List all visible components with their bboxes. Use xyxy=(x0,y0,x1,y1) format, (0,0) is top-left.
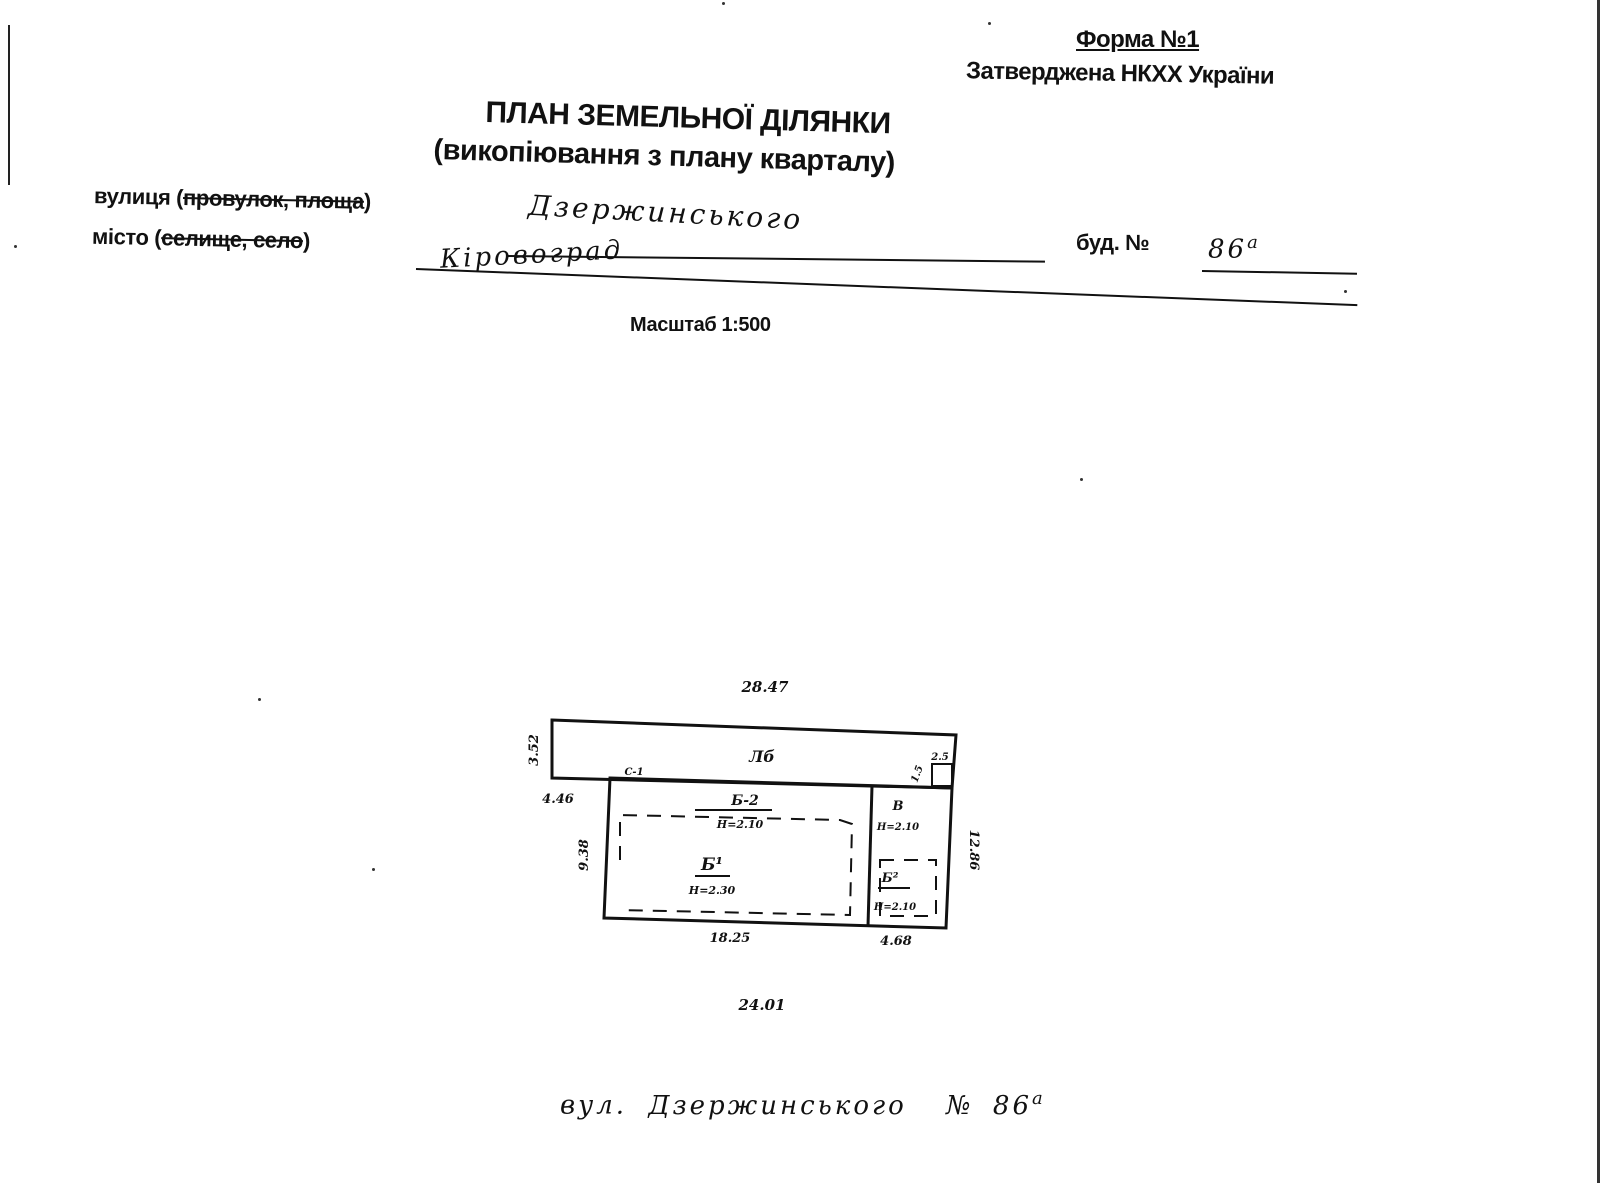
building-value: 86а xyxy=(1208,232,1261,265)
scan-speck xyxy=(722,2,725,5)
svg-text:H=2.30: H=2.30 xyxy=(688,884,736,897)
street-value: Дзержинського xyxy=(527,189,804,236)
svg-text:24.01: 24.01 xyxy=(738,996,786,1014)
form-number: Форма №1 xyxy=(1076,26,1199,54)
scan-speck xyxy=(988,22,991,25)
svg-text:4.68: 4.68 xyxy=(880,934,912,949)
street-label: вулиця (провулок, площа) xyxy=(94,183,371,215)
city-value: Кіровоград xyxy=(439,235,624,275)
footer-caption: вул. Дзержинського № 86а xyxy=(560,1088,1046,1121)
svg-text:1.5: 1.5 xyxy=(910,764,926,784)
svg-text:Б-2: Б-2 xyxy=(730,793,759,809)
svg-text:H=2.10: H=2.10 xyxy=(876,822,919,833)
scan-speck xyxy=(372,868,375,871)
scan-speck xyxy=(1344,290,1347,293)
city-label: місто (селище, село) xyxy=(92,224,310,255)
svg-text:3.52: 3.52 xyxy=(527,734,542,766)
svg-text:4.46: 4.46 xyxy=(542,792,574,807)
scan-border-left xyxy=(0,25,10,185)
svg-text:С-1: С-1 xyxy=(624,767,643,778)
svg-text:H=2.10: H=2.10 xyxy=(873,902,916,913)
scan-speck xyxy=(14,245,17,248)
svg-text:2.5: 2.5 xyxy=(930,752,948,763)
svg-text:12.86: 12.86 xyxy=(966,830,981,871)
city-underline xyxy=(416,268,1357,306)
svg-text:Б²: Б² xyxy=(881,871,899,886)
svg-text:28.47: 28.47 xyxy=(741,678,790,696)
approval-note: Затверджена НКХХ України xyxy=(966,57,1275,90)
svg-text:18.25: 18.25 xyxy=(710,931,751,946)
svg-text:В: В xyxy=(892,799,904,814)
land-plot-plan: 28.47 3.52 4.46 9.38 12.86 18.25 4.68 24… xyxy=(500,660,1000,1040)
svg-text:9.38: 9.38 xyxy=(577,839,592,871)
document-subtitle: (викопіювання з плану кварталу) xyxy=(433,134,895,180)
building-underline xyxy=(1202,270,1357,275)
scan-speck xyxy=(258,698,261,701)
document-title: ПЛАН ЗЕМЕЛЬНОЇ ДІЛЯНКИ xyxy=(485,96,891,141)
scale-label: Масштаб 1:500 xyxy=(630,314,771,337)
building-label: буд. № xyxy=(1076,230,1149,256)
scan-speck xyxy=(1080,478,1083,481)
svg-text:Б¹: Б¹ xyxy=(700,855,723,875)
svg-text:H=2.10: H=2.10 xyxy=(716,818,764,831)
svg-text:Лб: Лб xyxy=(748,747,775,766)
